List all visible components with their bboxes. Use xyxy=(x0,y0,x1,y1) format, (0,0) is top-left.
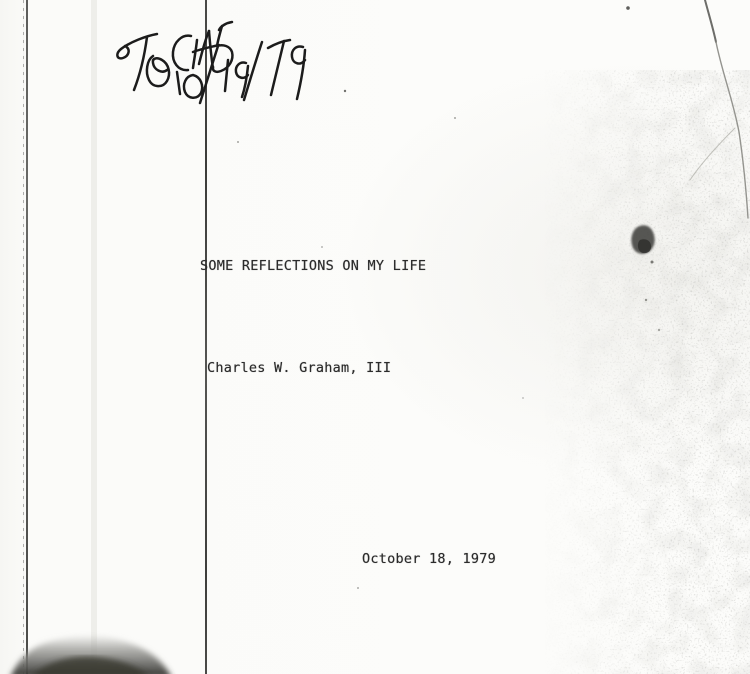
left-page-edge-dotted-line xyxy=(23,0,24,674)
dark-stain-blotch xyxy=(631,225,660,331)
dust-specks xyxy=(237,6,630,589)
paper-stain-texture xyxy=(545,70,750,674)
scanned-document-page: SOME REFLECTIONS ON MY LIFE Charles W. G… xyxy=(0,0,750,674)
document-date: October 18, 1979 xyxy=(362,551,496,567)
document-title: SOME REFLECTIONS ON MY LIFE xyxy=(200,258,426,274)
paper-crease-line xyxy=(690,0,748,218)
faint-scan-strip xyxy=(91,0,97,674)
document-author: Charles W. Graham, III xyxy=(207,360,391,376)
scan-artifact-layer xyxy=(0,0,750,674)
handwritten-annotation xyxy=(117,22,305,103)
vertical-fold-line xyxy=(205,0,207,674)
left-page-edge-line xyxy=(26,0,28,674)
